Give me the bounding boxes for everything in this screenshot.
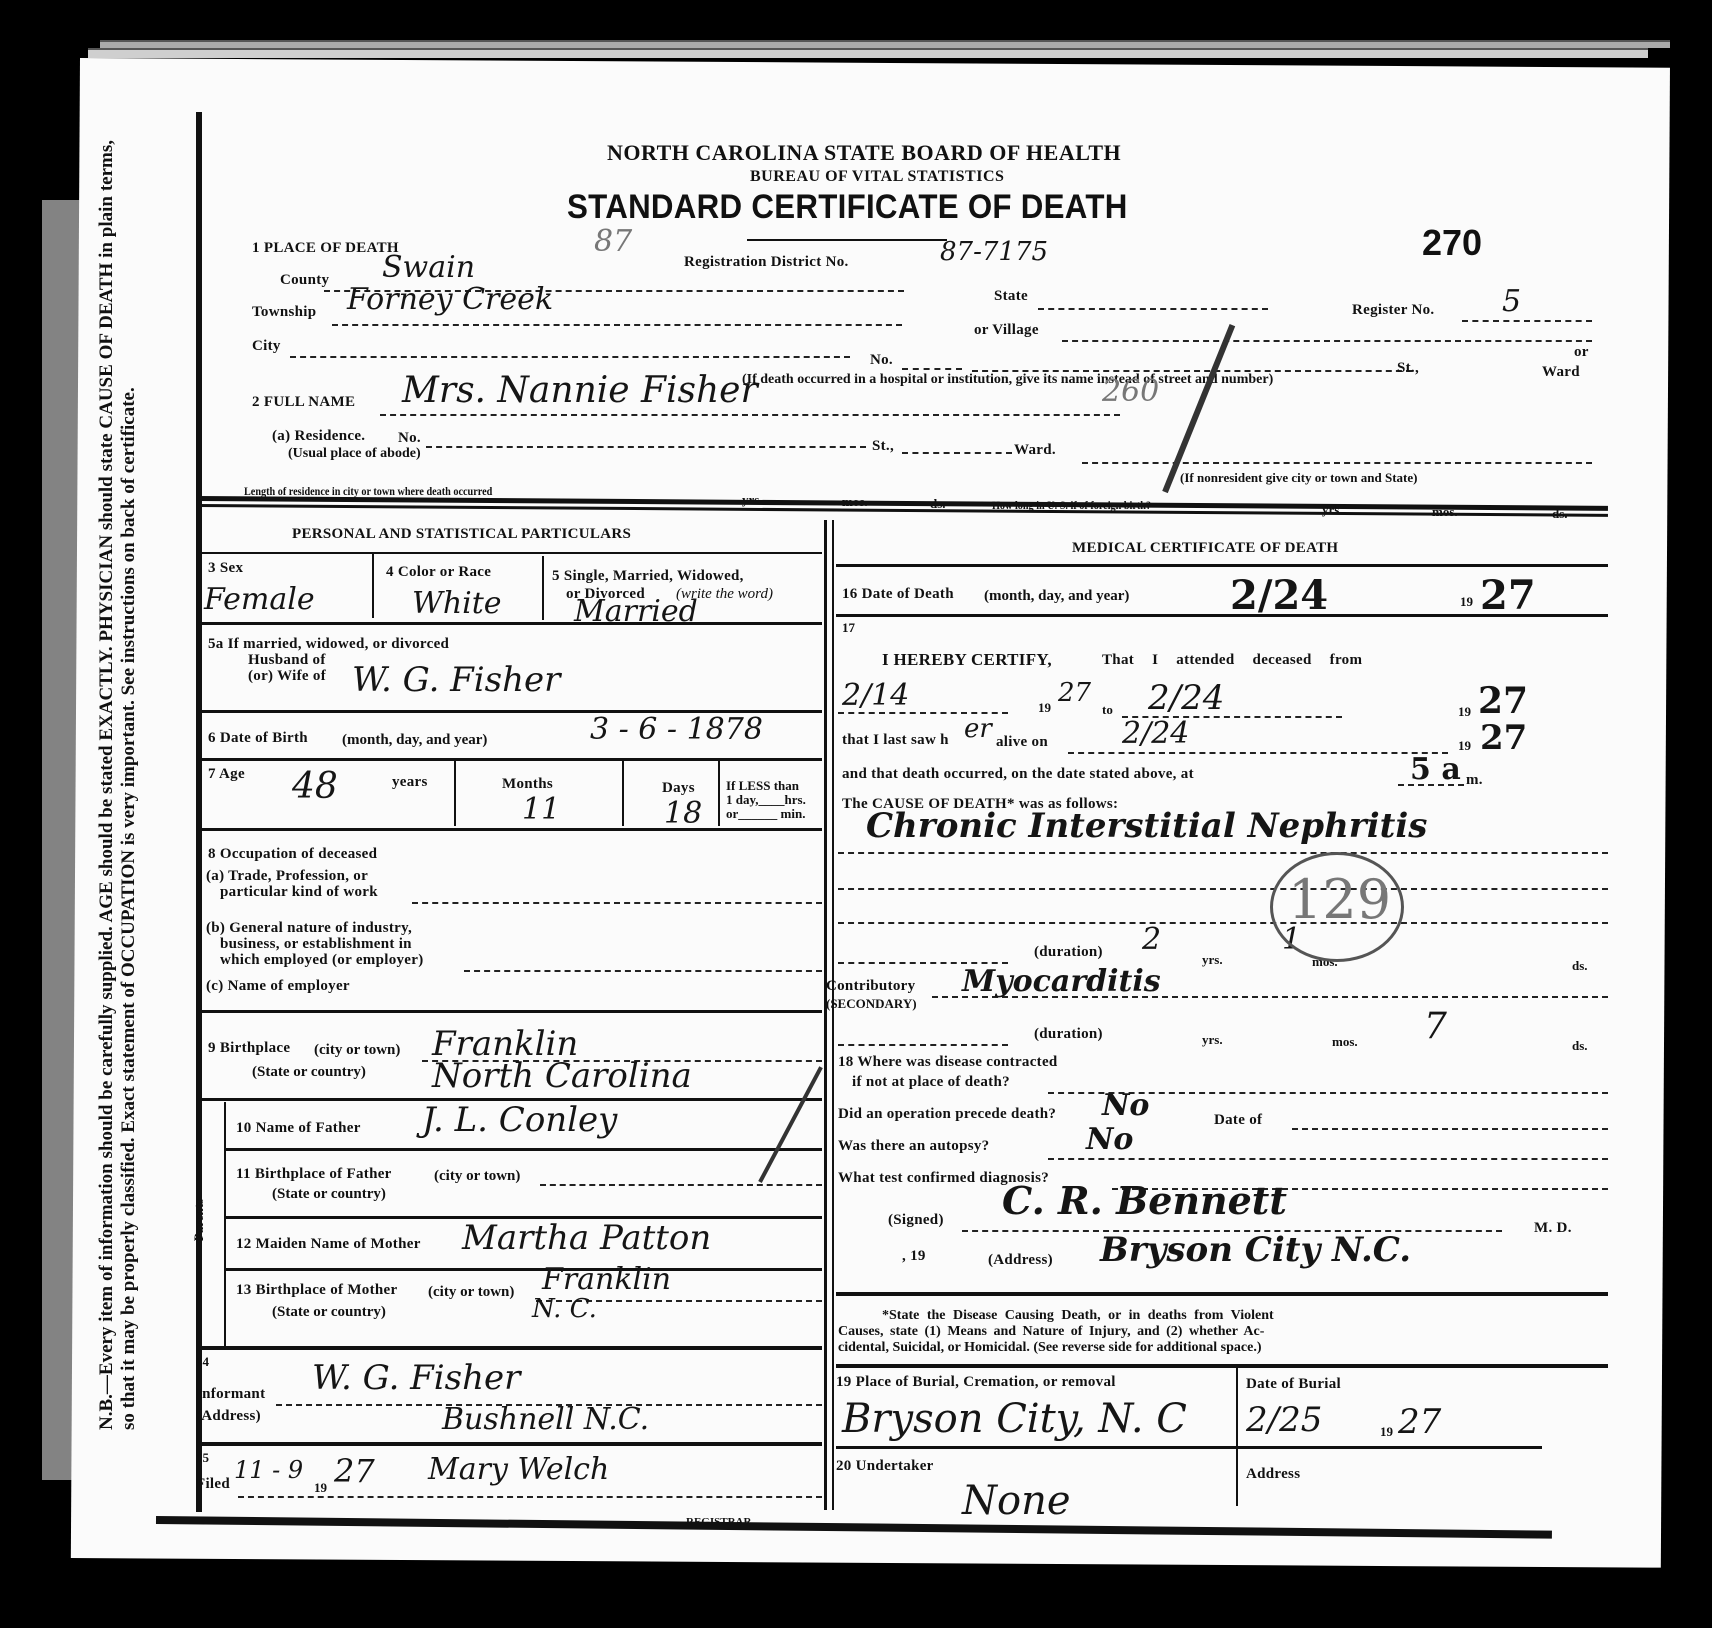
- row-divider: [200, 758, 822, 761]
- cause-line-1: [838, 852, 1608, 854]
- contracted-label-2: if not at place of death?: [852, 1074, 1010, 1091]
- residence-ward-line: [1082, 462, 1592, 464]
- to-label: to: [1102, 702, 1113, 718]
- county-value[interactable]: Swain: [382, 250, 475, 285]
- side-instructions-text: N.B.—Every item of information should be…: [96, 140, 140, 1430]
- row-divider: [836, 1292, 1608, 1296]
- no-label: No.: [870, 352, 893, 369]
- attended-to-value[interactable]: 2/24: [1148, 678, 1224, 718]
- duration-yrs-value[interactable]: 2: [1142, 922, 1161, 957]
- cell-divider: [718, 760, 720, 826]
- sex-value[interactable]: Female: [204, 582, 315, 617]
- city-line: [290, 356, 850, 358]
- register-no-label: Register No.: [1352, 302, 1434, 319]
- paper-stack-edge: [88, 48, 1648, 58]
- village-label: or Village: [974, 322, 1039, 339]
- dod-year[interactable]: 27: [1480, 572, 1536, 619]
- agency-title: NORTH CAROLINA STATE BOARD OF HEALTH: [607, 140, 1121, 166]
- cause-line-2: [838, 888, 1608, 890]
- mother-label: 12 Maiden Name of Mother: [236, 1236, 421, 1253]
- column-divider: [824, 520, 827, 1510]
- attended-to-year[interactable]: 27: [1478, 680, 1528, 722]
- place-of-death-label: 1 PLACE OF DEATH: [252, 240, 399, 257]
- occ-b-1: (b) General nature of industry,: [206, 920, 412, 937]
- days-label: Days: [662, 780, 695, 797]
- residence-no-label: No.: [398, 430, 421, 447]
- state-line: [1038, 308, 1268, 310]
- undertaker-label: 20 Undertaker: [836, 1458, 934, 1475]
- operation-label: Did an operation precede death?: [838, 1106, 1056, 1123]
- parents-label: Parents: [191, 1199, 207, 1241]
- physician-address-label: (Address): [988, 1252, 1053, 1269]
- occupation-label: 8 Occupation of deceased: [208, 846, 377, 863]
- nonresident-note: (If nonresident give city or town and St…: [1180, 470, 1418, 486]
- spouse-label-2: Husband of: [248, 652, 326, 669]
- duration2-lead-line: [838, 1044, 1008, 1046]
- md-label: M. D.: [1534, 1220, 1572, 1237]
- race-value[interactable]: White: [412, 586, 502, 621]
- date-of-line: [1292, 1128, 1608, 1130]
- circled-code: 129: [1288, 868, 1391, 931]
- medical-section-title: MEDICAL CERTIFICATE OF DEATH: [1072, 540, 1338, 557]
- dod-19: 19: [1460, 594, 1473, 610]
- race-label: 4 Color or Race: [386, 564, 491, 581]
- father-label: 10 Name of Father: [236, 1120, 361, 1137]
- duration2-ds-label: ds.: [1572, 1038, 1588, 1054]
- dob-value[interactable]: 3 - 6 - 1878: [590, 712, 763, 747]
- residence-line: [426, 446, 866, 448]
- autopsy-value[interactable]: No: [1086, 1122, 1133, 1157]
- side-instructions: N.B.—Every item of information should be…: [96, 140, 166, 1430]
- check-mark: [1162, 324, 1235, 493]
- duration2-yrs-label: yrs.: [1202, 1032, 1223, 1048]
- sex-label: 3 Sex: [208, 560, 243, 577]
- township-value[interactable]: Forney Creek: [347, 282, 553, 317]
- months-value[interactable]: 11: [522, 792, 560, 827]
- months-label: Months: [502, 776, 553, 793]
- footnote-line-3: cidental, Suicidal, or Homicidal. (See r…: [838, 1340, 1261, 1356]
- last-saw-line: [1068, 752, 1448, 754]
- attended-from-year[interactable]: 27: [1058, 678, 1091, 708]
- reg-district-value[interactable]: 87-7175: [940, 237, 1048, 267]
- last-saw-date[interactable]: 2/24: [1122, 716, 1189, 751]
- burial-19: 19: [1380, 1424, 1393, 1440]
- burial-date-value[interactable]: 2/25: [1246, 1400, 1322, 1440]
- duration-yrs-label: yrs.: [1202, 952, 1223, 968]
- register-no-value[interactable]: 5: [1502, 284, 1521, 319]
- duration-ds-label: ds.: [1572, 958, 1588, 974]
- death-certificate-form: NORTH CAROLINA STATE BOARD OF HEALTH BUR…: [196, 112, 1606, 1512]
- father-bp-city-note: (city or town): [434, 1168, 520, 1185]
- row-divider: [200, 622, 822, 625]
- full-name-annotation: 260: [1102, 374, 1159, 409]
- personal-section-title: PERSONAL AND STATISTICAL PARTICULARS: [292, 526, 631, 543]
- township-label: Township: [252, 304, 316, 321]
- occ-b-2: business, or establishment in: [220, 936, 412, 953]
- less-than-3: or______ min.: [726, 806, 805, 822]
- full-name-label: 2 FULL NAME: [252, 394, 355, 411]
- footnote-line-2: Causes, state (1) Means and Nature of In…: [838, 1324, 1264, 1340]
- signed-value[interactable]: C. R. Bennett: [1002, 1178, 1287, 1223]
- mother-bp-city-note: (city or town): [428, 1284, 514, 1301]
- cell-divider: [622, 760, 624, 826]
- full-name-line: [380, 414, 1120, 416]
- signed-label: (Signed): [888, 1212, 944, 1229]
- occ-a-line: [412, 902, 822, 904]
- filed-date-value[interactable]: 11 - 9: [234, 1456, 303, 1484]
- autopsy-label: Was there an autopsy?: [838, 1138, 989, 1155]
- cell-divider: [454, 760, 456, 826]
- residence-label: (a) Residence.: [272, 428, 365, 445]
- attended-from-value[interactable]: 2/14: [842, 678, 909, 713]
- filed-line: [238, 1496, 822, 1498]
- informant-address-value[interactable]: Bushnell N.C.: [442, 1402, 649, 1437]
- row-divider: [836, 1446, 1542, 1449]
- informant-address-label: (Address): [196, 1408, 261, 1425]
- reg-district-label: Registration District No.: [684, 254, 849, 271]
- certify-label: I HEREBY CERTIFY,: [882, 650, 1052, 670]
- residence-ward-label: Ward.: [1014, 442, 1056, 459]
- row-divider: [226, 1148, 822, 1151]
- dob-label: 6 Date of Birth: [208, 730, 308, 747]
- row-divider: [836, 564, 1608, 567]
- spouse-value[interactable]: W. G. Fisher: [352, 660, 560, 700]
- birthplace-label: 9 Birthplace: [208, 1040, 290, 1057]
- row-divider: [198, 1442, 822, 1446]
- contributory-value[interactable]: Myocarditis: [962, 964, 1161, 999]
- alive-on-label: alive on: [996, 734, 1048, 751]
- city-or-label: or: [1574, 344, 1589, 361]
- birthplace-city-note: (city or town): [314, 1042, 400, 1059]
- burial-year[interactable]: 27: [1398, 1402, 1441, 1442]
- time-m-label: m.: [1466, 772, 1483, 789]
- dod-value[interactable]: 2/24: [1230, 572, 1328, 619]
- father-bp-line: [540, 1184, 822, 1186]
- bureau-title: BUREAU OF VITAL STATISTICS: [750, 168, 1004, 186]
- mother-bp-state-value[interactable]: N. C.: [532, 1294, 597, 1324]
- cause-line-3: [838, 922, 1608, 924]
- age-label: 7 Age: [208, 766, 245, 783]
- date-19-label: , 19: [902, 1248, 926, 1265]
- dod-label: 16 Date of Death: [842, 586, 954, 603]
- residence-st-line: [902, 452, 1012, 454]
- mother-bp-city-value[interactable]: Franklin: [542, 1262, 671, 1297]
- cell-divider: [372, 554, 374, 618]
- filed-year-value[interactable]: 27: [334, 1452, 375, 1490]
- abode-note: (Usual place of abode): [288, 446, 421, 462]
- ward-label: Ward: [1542, 364, 1580, 381]
- cause-value[interactable]: Chronic Interstitial Nephritis: [866, 806, 1427, 846]
- father-value[interactable]: J. L. Conley: [422, 1100, 617, 1140]
- row-divider: [198, 1346, 822, 1350]
- no-line: [902, 368, 962, 370]
- time-value[interactable]: 5 a: [1410, 752, 1461, 787]
- autopsy-line: [1048, 1158, 1608, 1160]
- dob-note: (month, day, and year): [342, 732, 487, 749]
- death-occurred-label: and that death occurred, on the date sta…: [842, 766, 1194, 783]
- informant-value[interactable]: W. G. Fisher: [312, 1358, 520, 1398]
- filed-num: 15: [196, 1450, 209, 1466]
- contracted-label-1: 18 Where was disease contracted: [838, 1054, 1058, 1071]
- duration2-mos-label: mos.: [1332, 1034, 1358, 1050]
- filed-label: Filed: [196, 1476, 230, 1493]
- father-bp-label: 11 Birthplace of Father: [236, 1166, 392, 1183]
- birthplace-state-note: (State or country): [252, 1064, 366, 1081]
- row-divider: [200, 552, 822, 554]
- attended-from-19: 19: [1038, 700, 1051, 716]
- certificate-number: 270: [1422, 222, 1482, 264]
- occ-a-1: (a) Trade, Profession, or: [206, 868, 368, 885]
- certificate-title: STANDARD CERTIFICATE OF DEATH: [567, 188, 1128, 227]
- dod-note: (month, day, and year): [984, 588, 1129, 605]
- township-line: [332, 324, 902, 326]
- spouse-label-3: (or) Wife of: [248, 668, 326, 685]
- row-divider: [200, 1010, 822, 1013]
- full-name-value[interactable]: Mrs. Nannie Fisher: [402, 370, 758, 411]
- county-label: County: [280, 272, 329, 289]
- cell-divider: [542, 556, 544, 620]
- age-years-value[interactable]: 48: [292, 766, 338, 807]
- village-line: [1062, 340, 1592, 342]
- occ-b-3: which employed (or employer): [220, 952, 424, 969]
- duration2-label: (duration): [1034, 1026, 1103, 1043]
- days-value[interactable]: 18: [664, 796, 702, 831]
- hospital-note: (If death occurred in a hospital or inst…: [742, 372, 1273, 388]
- duration2-days-value[interactable]: 7: [1424, 1006, 1447, 1047]
- date-of-label: Date of: [1214, 1112, 1262, 1129]
- last-saw-her[interactable]: er: [964, 714, 992, 744]
- contributory-label: Contributory: [826, 978, 915, 995]
- occ-a-2: particular kind of work: [220, 884, 378, 901]
- burial-date-label: Date of Burial: [1246, 1376, 1341, 1393]
- burial-value[interactable]: Bryson City, N. C: [842, 1396, 1187, 1442]
- attended-to-19: 19: [1458, 704, 1471, 720]
- mother-bp-state-note: (State or country): [272, 1304, 386, 1321]
- mother-bp-label: 13 Birthplace of Mother: [236, 1282, 397, 1299]
- occ-b-line: [464, 970, 822, 972]
- register-line: [1462, 320, 1592, 322]
- informant-label: Informant: [196, 1386, 265, 1403]
- last-saw-label: that I last saw h: [842, 732, 949, 749]
- birthplace-state-value[interactable]: North Carolina: [432, 1056, 692, 1096]
- row-divider: [836, 1364, 1608, 1368]
- row-divider: [200, 828, 822, 831]
- certify-text: That I attended deceased from: [1102, 652, 1362, 669]
- residence-st-label: St.,: [872, 438, 894, 455]
- burial-label: 19 Place of Burial, Cremation, or remova…: [836, 1374, 1116, 1391]
- duration-label: (duration): [1034, 944, 1103, 961]
- row-divider: [226, 1268, 822, 1271]
- occ-c: (c) Name of employer: [206, 978, 350, 995]
- item-17-label: 17: [842, 620, 855, 636]
- check-mark: [758, 1066, 823, 1183]
- burial-divider: [1236, 1366, 1238, 1506]
- county-code: 87: [594, 224, 632, 259]
- father-bp-state-note: (State or country): [272, 1186, 386, 1203]
- state-label: State: [994, 288, 1028, 305]
- physician-address-value[interactable]: Bryson City N.C.: [1100, 1230, 1411, 1270]
- column-divider: [832, 520, 834, 1510]
- paper-stack-edge: [100, 40, 1670, 48]
- registrar-value[interactable]: Mary Welch: [428, 1452, 609, 1487]
- secondary-label: (SECONDARY): [826, 996, 917, 1012]
- undertaker-address-label: Address: [1246, 1466, 1300, 1483]
- city-label: City: [252, 338, 281, 355]
- informant-num: 14: [196, 1354, 209, 1370]
- operation-value[interactable]: No: [1102, 1088, 1149, 1123]
- mother-value[interactable]: Martha Patton: [462, 1218, 711, 1258]
- divider: [747, 239, 947, 241]
- years-label: years: [392, 774, 428, 791]
- undertaker-value[interactable]: None: [962, 1478, 1071, 1524]
- footnote-line-1: *State the Disease Causing Death, or in …: [882, 1308, 1274, 1324]
- st-label: St.,: [1397, 360, 1419, 377]
- spouse-label-1: 5a If married, widowed, or divorced: [208, 636, 449, 653]
- marital-label-1: 5 Single, Married, Widowed,: [552, 568, 744, 585]
- row-divider: [836, 614, 1608, 617]
- last-saw-year[interactable]: 27: [1480, 718, 1527, 758]
- parents-divider: [224, 1102, 226, 1346]
- filed-19: 19: [314, 1480, 327, 1496]
